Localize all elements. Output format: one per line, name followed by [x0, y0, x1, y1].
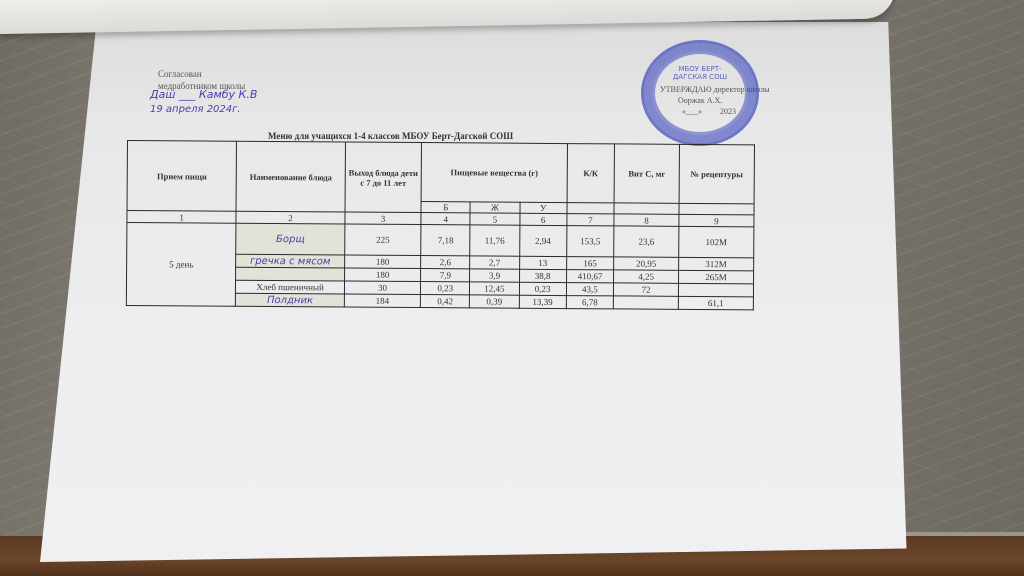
header-nutrients: Пищевые вещества (г): [421, 143, 567, 203]
recipe-cell: 102М: [679, 226, 754, 258]
fat-cell: 11,76: [470, 225, 519, 256]
fat-cell: 3,9: [470, 269, 519, 282]
day-label: 5 день: [126, 223, 236, 307]
vitc-cell: 20,95: [614, 257, 679, 270]
yield-cell: 180: [344, 268, 421, 282]
header-recipe: № рецептуры: [679, 144, 755, 204]
recipe-cell: 61,1: [678, 296, 753, 310]
col-num: 1: [127, 211, 236, 224]
header-dish: Наименование блюда: [236, 141, 345, 212]
table-row: 5 день Борщ 225 7,18 11,76 2,94 153,5 23…: [127, 223, 754, 258]
col-num: 6: [519, 213, 566, 225]
fat-cell: 2,7: [470, 256, 519, 269]
col-num: 7: [567, 214, 614, 226]
subheader-protein: Б: [421, 202, 470, 213]
recipe-cell: [678, 283, 753, 297]
director-year: 2023: [720, 106, 736, 117]
yield-cell: 180: [344, 255, 421, 269]
director-name: Ооржак А.Х.: [660, 95, 770, 106]
recipe-cell: 265М: [678, 270, 753, 284]
stamp-org: МБОУ БЕРТ-ДАГСКАЯ СОШ: [666, 65, 734, 81]
protein-cell: 7,9: [421, 269, 470, 282]
signature-scribble: Даш ___: [150, 88, 199, 101]
col-num: 5: [470, 213, 519, 225]
yield-cell: 184: [344, 294, 421, 308]
agreed-label: Согласован: [158, 68, 245, 80]
carbs-cell: 2,94: [519, 225, 566, 256]
dish-name: Борщ: [236, 223, 345, 255]
col-num: 4: [421, 213, 470, 225]
header-kcal: К/К: [567, 144, 615, 203]
kcal-cell: 410,67: [566, 270, 613, 283]
dish-name: Хлеб пшеничный: [236, 280, 345, 294]
menu-table: Прием пищи Наименование блюда Выход блюд…: [126, 140, 755, 310]
vitc-cell: 4,25: [614, 270, 679, 283]
protein-cell: 7,18: [421, 225, 470, 256]
date-quotes: «___»: [682, 106, 702, 117]
carbs-cell: 0,23: [519, 282, 566, 295]
subheader-carbs: У: [520, 202, 567, 213]
dish-name: Полдник: [236, 293, 345, 307]
col-num: 8: [614, 214, 679, 226]
kcal-cell: 165: [566, 257, 613, 270]
carbs-cell: 13,39: [519, 295, 566, 308]
signature-name: Камбу К.В: [199, 88, 258, 101]
subheader-empty: [614, 203, 679, 214]
header-meal: Прием пищи: [127, 141, 237, 212]
yield-cell: 30: [344, 281, 421, 295]
carbs-cell: 13: [519, 256, 566, 269]
menu-document: Согласован медработником школы Даш ___ К…: [0, 0, 1024, 576]
yield-cell: 225: [345, 224, 422, 256]
kcal-cell: 43,5: [566, 283, 613, 296]
director-label: УТВЕРЖДАЮ директор школы: [660, 84, 770, 95]
subheader-empty: [679, 203, 754, 215]
document-title: Меню для учащихся 1-4 классов МБОУ Берт-…: [268, 131, 513, 141]
carbs-cell: 38,8: [519, 269, 566, 282]
recipe-cell: 312М: [678, 257, 753, 271]
col-num: 2: [236, 211, 345, 224]
fat-cell: 0,39: [470, 295, 519, 308]
subheader-empty: [567, 203, 614, 214]
signature-line: Даш ___ Камбу К.В: [150, 88, 257, 101]
protein-cell: 0,42: [421, 295, 470, 308]
vitc-cell: 23,6: [614, 226, 679, 257]
kcal-cell: 6,78: [566, 296, 613, 309]
col-num: 3: [345, 212, 422, 225]
header-yield: Выход блюда дети с 7 до 11 лет: [345, 142, 422, 213]
date-month: апреля: [166, 104, 204, 115]
header-vitc: Вит С, мг: [614, 144, 679, 203]
col-num: 9: [679, 214, 754, 227]
vitc-cell: [614, 296, 679, 309]
protein-cell: 2,6: [421, 256, 470, 269]
date-day: 19: [150, 104, 163, 115]
vitc-cell: 72: [614, 283, 679, 296]
fat-cell: 12,45: [470, 282, 519, 295]
protein-cell: 0,23: [421, 282, 470, 295]
date-year: 2024г.: [207, 104, 241, 115]
director-approval: УТВЕРЖДАЮ директор школы Ооржак А.Х. «__…: [660, 84, 770, 106]
dish-name: гречка с мясом: [236, 254, 345, 268]
kcal-cell: 153,5: [566, 226, 614, 257]
dish-name: [236, 267, 345, 281]
approval-date: 19 апреля 2024г.: [150, 104, 241, 115]
subheader-fat: Ж: [470, 202, 519, 213]
